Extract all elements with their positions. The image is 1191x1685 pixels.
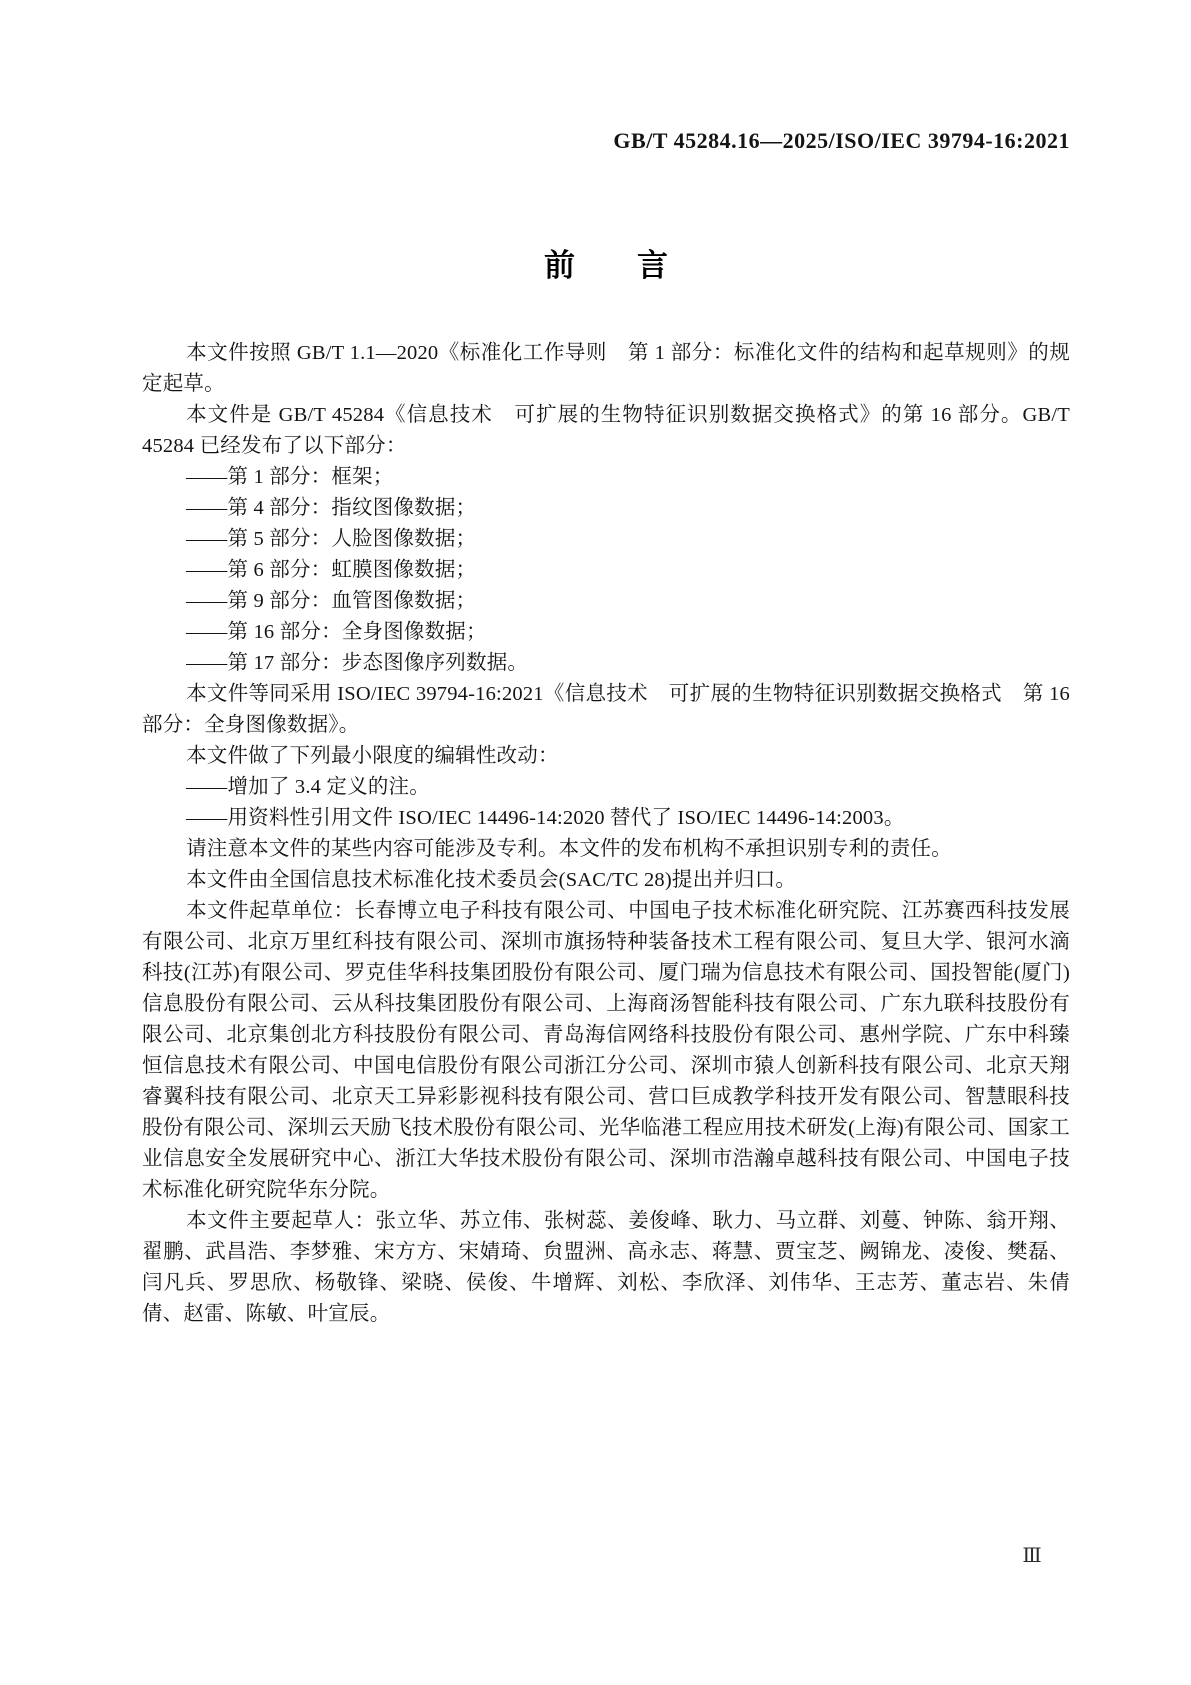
foreword-paragraph: ——第 17 部分：步态图像序列数据。 [142,648,1070,679]
foreword-paragraph: ——第 9 部分：血管图像数据； [142,586,1070,617]
foreword-body: 本文件按照 GB/T 1.1—2020《标准化工作导则 第 1 部分：标准化文件… [142,338,1070,1330]
page-number: Ⅲ [1012,1543,1052,1568]
foreword-paragraph: 本文件等同采用 ISO/IEC 39794-16:2021《信息技术 可扩展的生… [142,679,1070,741]
foreword-paragraph: ——第 5 部分：人脸图像数据； [142,524,1070,555]
foreword-paragraph: ——用资料性引用文件 ISO/IEC 14496-14:2020 替代了 ISO… [142,803,1070,834]
foreword-paragraph: ——第 6 部分：虹膜图像数据； [142,555,1070,586]
foreword-paragraph: ——第 1 部分：框架； [142,462,1070,493]
foreword-paragraph: ——增加了 3.4 定义的注。 [142,772,1070,803]
foreword-paragraph: ——第 4 部分：指纹图像数据； [142,493,1070,524]
document-page: GB/T 45284.16—2025/ISO/IEC 39794-16:2021… [0,0,1191,1685]
standard-number-header: GB/T 45284.16—2025/ISO/IEC 39794-16:2021 [142,128,1070,154]
foreword-paragraph: 本文件主要起草人：张立华、苏立伟、张树蕊、姜俊峰、耿力、马立群、刘蔓、钟陈、翁开… [142,1206,1070,1330]
foreword-paragraph: ——第 16 部分：全身图像数据； [142,617,1070,648]
foreword-paragraph: 本文件做了下列最小限度的编辑性改动： [142,741,1070,772]
foreword-paragraph: 本文件是 GB/T 45284《信息技术 可扩展的生物特征识别数据交换格式》的第… [142,400,1070,462]
foreword-paragraph: 本文件由全国信息技术标准化技术委员会(SAC/TC 28)提出并归口。 [142,865,1070,896]
foreword-paragraph: 请注意本文件的某些内容可能涉及专利。本文件的发布机构不承担识别专利的责任。 [142,834,1070,865]
foreword-paragraph: 本文件起草单位：长春博立电子科技有限公司、中国电子技术标准化研究院、江苏赛西科技… [142,896,1070,1206]
foreword-title: 前 言 [142,240,1070,285]
foreword-paragraph: 本文件按照 GB/T 1.1—2020《标准化工作导则 第 1 部分：标准化文件… [142,338,1070,400]
